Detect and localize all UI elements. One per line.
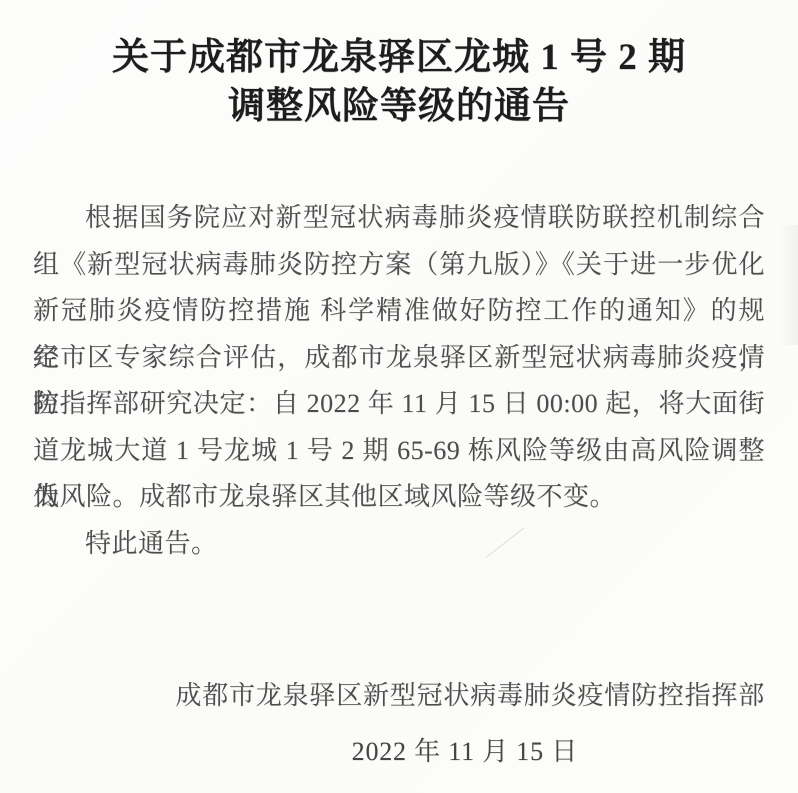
notice-body: 根据国务院应对新型冠状病毒肺炎疫情联防联控机制综合 组《新型冠状病毒肺炎防控方案… xyxy=(33,195,765,567)
notice-title: 关于成都市龙泉驿区龙城 1 号 2 期 调整风险等级的通告 xyxy=(0,33,798,131)
scan-artifact-smudge xyxy=(780,225,798,345)
body-line-7: 低风险。成都市龙泉驿区其他区域风险等级不变。 xyxy=(33,474,765,521)
body-line-3: 新冠肺炎疫情防控措施 科学精准做好防控工作的通知》的规定， xyxy=(33,288,765,335)
body-line-5: 控指挥部研究决定：自 2022 年 11 月 15 日 00:00 起，将大面街 xyxy=(33,381,765,428)
body-line-1: 根据国务院应对新型冠状病毒肺炎疫情联防联控机制综合 xyxy=(33,195,765,242)
signature-block: 成都市龙泉驿区新型冠状病毒肺炎疫情防控指挥部 2022 年 11 月 15 日 xyxy=(0,673,798,775)
issuing-authority: 成都市龙泉驿区新型冠状病毒肺炎疫情防控指挥部 xyxy=(0,673,798,720)
notice-title-line2: 调整风险等级的通告 xyxy=(0,82,798,131)
body-line-2: 组《新型冠状病毒肺炎防控方案（第九版）》《关于进一步优化 xyxy=(33,242,765,289)
issue-date: 2022 年 11 月 15 日 xyxy=(0,729,798,776)
body-line-4: 经市区专家综合评估，成都市龙泉驿区新型冠状病毒肺炎疫情防 xyxy=(33,335,765,382)
body-line-6: 道龙城大道 1 号龙城 1 号 2 期 65-69 栋风险等级由高风险调整为 xyxy=(33,428,765,475)
notice-title-line1: 关于成都市龙泉驿区龙城 1 号 2 期 xyxy=(0,33,798,82)
notice-document: 关于成都市龙泉驿区龙城 1 号 2 期 调整风险等级的通告 根据国务院应对新型冠… xyxy=(0,0,798,793)
closing-line: 特此通告。 xyxy=(33,521,765,568)
